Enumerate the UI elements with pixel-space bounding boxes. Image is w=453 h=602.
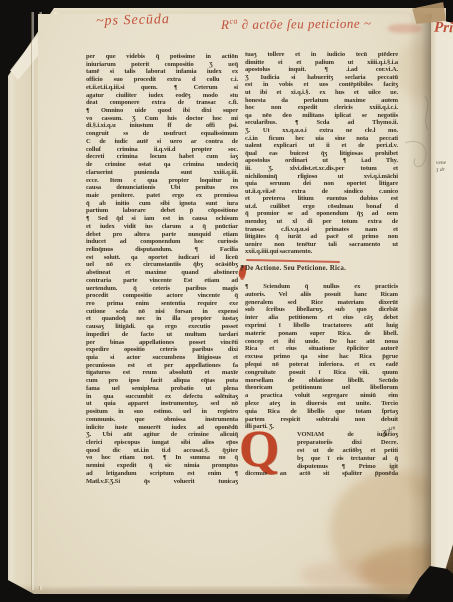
running-title-rest: ∂ actōe ſeu peticione ~ (238, 16, 372, 32)
text-line: a practica voluit segregare nimiū eim (245, 392, 398, 400)
text-line: ¶ Sed q̄d si iam est in causa ochisum (86, 215, 238, 223)
text-line: Rica et eius situatione ēpliciter autorē (245, 345, 398, 353)
text-line: ut quia apparet instrumentuʒ. sed nō (86, 400, 238, 408)
text-line: clerici episcopus iungat sibi alios ep̄o… (86, 439, 238, 447)
text-column-right-body: ¶ Sciendum q̄ nullus ex practicisautoris… (245, 283, 398, 431)
text-line: cutione scd̄a nō nisi forsan in expensi (86, 308, 238, 316)
text-line: pſequi nō poterat inferiora. et ex eadē (245, 361, 398, 369)
text-line: et.ii.et.ii.q.iii.si quem. ¶ Ceterum si (86, 84, 238, 92)
text-line: honesta da perlatum maxime autem (245, 97, 398, 105)
text-line: iii. Ʒ. xlvi.dist.et.xc.dis.per totum et (245, 165, 398, 173)
text-line: excusa primo qa sine hac Rica p̄grue (245, 353, 398, 361)
text-line: colluſ crimina ii.q.vii.d̄ propter soc. (86, 146, 238, 154)
text-line: et quandoq̄ nec in illa propter iustaʒ (86, 315, 238, 323)
text-line: litigātes q̄ iurāt ad pacē oī primo non (245, 233, 398, 241)
capitulum-icon: ¶ (240, 264, 244, 272)
text-line: congruit ss de usufruct equalissimum (86, 130, 238, 138)
text-line: ut ibi et xi.q.i.§. ex hus et uilce ue. (245, 89, 398, 97)
text-line: decreti crimina locum habet cum iaʒ (86, 153, 238, 161)
text-line: qa nēo deo militans iplicat se negotiis (245, 112, 398, 120)
running-title-right: Rca ∂ actōe ſeu peticione ~ (221, 15, 372, 33)
text-line: q̄ promior se ad oponendum q̄ʒ ad oem (245, 210, 398, 218)
text-line: ad letigandum scriptum est enim ¶ (86, 470, 238, 478)
text-line: tuaʒ tollere et in iudicio tecū ptēdere (245, 51, 398, 59)
text-line: exprimi ī libello tractatores aūt huig (245, 322, 398, 330)
text-line: uertendum. q̄ ceteris paribus magis (86, 285, 238, 293)
text-line: vo cassum. Ʒ Cum luis doctor hoc mi (86, 115, 238, 123)
text-line: inlicite iuste mouerēt iudex ad oponēdū (86, 424, 238, 432)
running-title-abbr-sup: ca (229, 17, 238, 26)
section-heading-text: De Actione. Seu Peticione. Rica. (245, 264, 346, 272)
text-line: et preterea litium euentus dubius est (245, 195, 398, 203)
text-line: positum in suo estimo. uel in registro (86, 408, 238, 416)
text-column-left: per que videbis q̄ potissime in actiōnin… (86, 53, 238, 485)
text-line: quod dic ut.i.in ti.d̄ accusat.§. q̄ʒite… (86, 447, 238, 455)
running-title-left: ~ps Secūda (96, 12, 170, 30)
text-line: abstineat et maxime quand abstinere (86, 269, 238, 277)
text-line: sub ſcribus libellaruʒ. sub quo dicebāt (245, 306, 398, 314)
text-line: theoricam petitionum uel libellorum (245, 384, 398, 392)
text-line: impediri de facto ut multum tardari (86, 331, 238, 339)
text-line: inducet ad componendum hoc curiosis (86, 238, 238, 246)
text-line: q̄ ab initio cum sibi ignota sunt iura (86, 200, 238, 208)
text-line: et iudex vidit ius clarum a q̄ pnūctiar (86, 223, 238, 231)
text-line: c.i.in ficum hec uia sine nota peccati (245, 135, 398, 143)
text-line: per binas appellationes posset vincēti (86, 339, 238, 347)
text-line: quia seruum dei non oportet litigare (245, 180, 398, 188)
text-line: transac c.fi.v.q.u.si primates nam et (245, 226, 398, 234)
text-line: iniuriarum poterit compositio Ʒ ueq̄ (86, 61, 238, 69)
text-line: officio suo procedit extra d̄ collu c.i. (86, 76, 238, 84)
text-line: ut.ii.q.vii.sē extra de sindico c.unico (245, 188, 398, 196)
text-line: quia Rica de libellis que totam ſprtaʒ (245, 408, 398, 416)
text-line: apostolus ordinari ut ¶ i.ad Thy. (245, 157, 398, 165)
text-line: fama uel semiplena probatio ut plena (86, 385, 238, 393)
text-line: relinq̄mus disputandum. ¶ Facilia (86, 246, 238, 254)
text-line: maie penitere. patet ergo ex premissa (86, 192, 238, 200)
text-line: secularibus. ¶ Scd̄a ad Thymo.ii. (245, 119, 398, 127)
text-line: concep et ibi unde. De hac aūt noua (245, 338, 398, 346)
text-line: di.§.i.xi.q.u iniustum ff de offi p̄si. (86, 122, 238, 130)
text-line: nemini expedit q̄ sic nimia promptus (86, 462, 238, 470)
text-line: per que videbis q̄ potissime in actiōn (86, 53, 238, 61)
text-line: communis. que obmissa instrumenta (86, 416, 238, 424)
text-line: debet pro altera parte nunquid etiam (86, 231, 238, 239)
text-line: claruerint punienda sunt xxiii.q.iii. (86, 169, 238, 177)
margin-note-sup: m (391, 425, 396, 431)
section-heading: ¶De Actione. Seu Peticione. Rica. (240, 264, 398, 272)
text-line: expedire opositio ceteris paribus dixi (86, 346, 238, 354)
text-line: dimitte ei et palium ut xiiii.q.i.§.i.a (245, 59, 398, 67)
text-line: nichilominq̄ rligioso ut xvi.q.i.māchi (245, 173, 398, 181)
text-line: tigaturus est reum absolutū et maxīe (86, 369, 238, 377)
text-line: ut.d̄. cuilibet ergo cōsulmau bonaf d̄ (245, 203, 398, 211)
text-line: bʒ que ī eis trctantur al q̄ (297, 455, 398, 463)
text-line: est solutt. qa oportet iudicari id liceū (86, 254, 238, 262)
text-line: deat componere extra de transac c.fi. (86, 99, 238, 107)
stain (300, 560, 420, 590)
next-page-running-title: Pri (434, 20, 453, 38)
text-line: inter alia petitionem et eius cāʒ debet (245, 314, 398, 322)
text-line: C de iudic autē si uero ar contra de (86, 138, 238, 146)
text-line: partium laborare debet p̄ cōpositione (86, 207, 238, 215)
text-line: congruitate posuit ī Rica viii. quum (245, 369, 398, 377)
text-line: ecce. Item c qua propter loquitur in (86, 177, 238, 185)
text-line: agatur ciuiliter iudex eodēʒ modo stu (86, 92, 238, 100)
text-line: Matł.v.F.Ʒ.Si q̄s voluerit tunicaʒ (86, 478, 238, 486)
text-line: procedit compositio actore vincente q̄ (86, 292, 238, 300)
text-line: morsellam de oblatione libellī. Secūdo (245, 377, 398, 385)
text-line: cum pro ipso facit aliqua eq̄tas puta (86, 377, 238, 385)
text-line: reo prima enim sententia require exe (86, 300, 238, 308)
text-line: ualent explicari ut ii et de peri.d.v. (245, 142, 398, 150)
text-line: vo hoc etiam not. ¶ In summa no q̄ (86, 454, 238, 462)
text-line: dicemus an actō sit sp̄aliter p̄ponēda (245, 470, 398, 478)
text-line: pecuniosus est et per appellationes fa (86, 362, 238, 370)
text-line: xxii.q.iiii.qui sacramento. (245, 248, 398, 256)
closing-line: dicemus an actō sit sp̄aliter p̄ponēda (245, 470, 398, 478)
text-line: est ut de actiōbʒ et petiti (297, 447, 398, 455)
text-line: plexe ateʒ in diuersis ent unite. Tercio (245, 400, 398, 408)
handwritten-margin-note: ʒ†m (381, 425, 396, 438)
text-line: est in vobis et uos contēptibiles facitʒ (245, 81, 398, 89)
text-line: q̄ual eas buicest q̄ʒ litigiosas prohibe… (245, 150, 398, 158)
text-line: causa denunciationis Ubi penitus res (86, 184, 238, 192)
text-line: uenire non tenētur tali sacramento ut (245, 241, 398, 249)
text-line: autoris. Vel aliis posuit hanc Ricam (245, 291, 398, 299)
text-line: causaʒ litigādi. qa ergo executio posset (86, 323, 238, 331)
text-line: Ʒ Iudicia si habueritʒ seclaria peccatū (245, 74, 398, 82)
text-line: in qua succumbit ex defectu solēnitaʒ (86, 393, 238, 401)
text-line: generalem sed Rice materiam dixerūt (245, 299, 398, 307)
text-line: preparatoriis dixi Decre. (297, 439, 398, 447)
pencil-marginalia (395, 88, 440, 188)
text-line: apostolus inquit. ¶ .i.ad cor.vi.A. (245, 66, 398, 74)
text-line: hoc non expedit clericis xxiii.q.i.c.i. (245, 104, 398, 112)
text-line: ¶ Omnino uide quod ibi dixi super (86, 107, 238, 115)
ink-offset-smudge (388, 24, 422, 33)
text-line: quia si actor succumbens litigiosus et (86, 354, 238, 362)
text-line: de crimine ostat qa crimina undeciq̄ (86, 161, 238, 169)
text-line: Ʒ. Ut xx.q.u.o.i extra ne cle.ł mo. (245, 127, 398, 135)
text-line: menduʒ ut xl di per totum extra de (245, 218, 398, 226)
text-line: ¶ Sciendum q̄ nullus ex practicis (245, 283, 398, 291)
text-line: uel nō ex circumstantiis q̄bʒ ocāsiōbʒ (86, 261, 238, 269)
text-line: materie ponam super Rica. de libell. (245, 330, 398, 338)
text-column-right-top: tuaʒ tollere et in iudicio tecū ptēdered… (245, 51, 398, 256)
book-scan: ~ps Secūda Rca ∂ actōe ſeu peticione ~ P… (0, 0, 453, 602)
text-line: tamē si talis laborat infamia iudex ex (86, 68, 238, 76)
text-line: contraria parte vincente Est etiam ad (86, 277, 238, 285)
text-line: Ʒ. Ubi aūt agitur de crimine alicuiq̄ (86, 431, 238, 439)
